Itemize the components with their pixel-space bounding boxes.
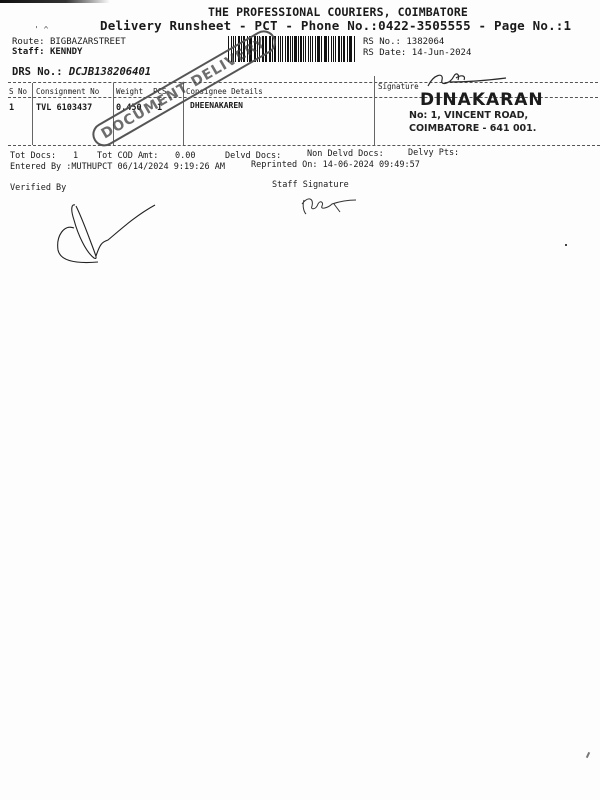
barcode-bar [331,36,333,62]
delvy-pts-label: Delvy Pts: [408,148,459,158]
rs-no-value: 1382064 [406,37,444,47]
rs-date-line: RS Date: 14-Jun-2024 [363,48,471,58]
consignee-stamp-address-1: No: 1, VINCENT ROAD, [409,110,528,121]
barcode-bar [278,36,279,62]
barcode-bar [347,36,348,62]
barcode-bar [349,36,350,62]
barcode-bar [317,36,319,62]
cell-consignment-no: TVL 6103437 [36,103,92,113]
barcode-bar [350,36,352,62]
reprinted-label: Reprinted On: [251,160,318,170]
barcode-bar [282,36,284,62]
col-header-sno: S No [9,87,27,96]
drs-value: DCJB138206401 [69,66,151,78]
route-label: Route: [12,37,45,47]
cell-sno: 1 [9,103,14,113]
barcode-bar [328,36,329,62]
staff-line: Staff: KENNDY [12,47,82,57]
barcode-bar [324,36,325,62]
reprinted-line: Reprinted On: 14-06-2024 09:49:57 [251,160,420,170]
barcode-bar [325,36,327,62]
barcode-bar [315,36,317,62]
non-delvd-docs-label: Non Delvd Docs: [307,149,384,159]
barcode-bar [312,36,313,62]
barcode-bar [298,36,299,62]
cell-consignee: DHEENAKAREN [190,101,243,110]
scan-shadow [0,0,110,3]
col-divider [32,83,33,145]
barcode-bar [285,36,286,62]
entered-by-line: Entered By :MUTHUPCT 06/14/2024 9:19:26 … [10,162,225,172]
route-line: Route: BIGBAZARSTREET [12,37,126,47]
consignee-stamp-address-2: COIMBATORE - 641 001. [409,123,536,134]
barcode-bar [321,36,322,62]
table-bottom-rule [8,145,600,146]
scan-speck [565,244,567,246]
barcode-bar [354,36,355,62]
barcode-bar [343,36,345,62]
col-header-consignment: Consignment No [36,87,99,96]
barcode-bar [341,36,342,62]
tot-docs-value: 1 [73,151,78,161]
verifier-signature-icon [50,200,160,280]
rs-date-value: 14-Jun-2024 [412,48,472,58]
entered-by-label: Entered By : [10,162,71,172]
staff-value: KENNDY [50,47,83,57]
barcode-bar [310,36,311,62]
col-divider [374,76,375,145]
barcode-bar [287,36,289,62]
rs-no-label: RS No.: [363,37,401,47]
barcode-bar [338,36,340,62]
verified-by-label: Verified By [10,183,66,193]
entered-by-value: MUTHUPCT 06/14/2024 9:19:26 AM [71,162,225,172]
consignee-stamp-name: DINAKARAN [420,90,544,110]
scan-speck [586,752,590,758]
tot-cod-label: Tot COD Amt: [97,151,158,161]
barcode-bar [300,36,302,62]
rs-no-line: RS No.: 1382064 [363,37,444,47]
stray-marks: ' ^ [34,25,48,34]
col-header-signature: Signature [378,82,419,91]
barcode-bar [303,36,304,62]
drs-line: DRS No.: DCJB138206401 [12,66,151,78]
runsheet-page: THE PROFESSIONAL COURIERS, COIMBATORE ' … [0,0,600,800]
staff-signature-label: Staff Signature [272,180,349,190]
barcode-bar [280,36,281,62]
rs-date-label: RS Date: [363,48,406,58]
tot-cod-value: 0.00 [175,151,195,161]
tot-docs-label: Tot Docs: [10,151,56,161]
col-header-weight: Weight [116,87,143,96]
barcode-bar [290,36,291,62]
drs-label: DRS No.: [12,66,63,78]
barcode-bar [335,36,336,62]
company-title: THE PROFESSIONAL COURIERS, COIMBATORE [208,5,468,19]
staff-signature-icon [298,192,368,218]
runsheet-subtitle: Delivery Runsheet - PCT - Phone No.:0422… [100,18,571,33]
receiver-signature-icon [420,68,510,92]
barcode-bar [308,36,310,62]
barcode-bar [333,36,334,62]
barcode-bar [305,36,306,62]
staff-label: Staff: [12,47,45,57]
route-value: BIGBAZARSTREET [50,37,126,47]
reprinted-value: 14-06-2024 09:49:57 [323,160,420,170]
barcode-bar [294,36,296,62]
barcode-bar [292,36,293,62]
